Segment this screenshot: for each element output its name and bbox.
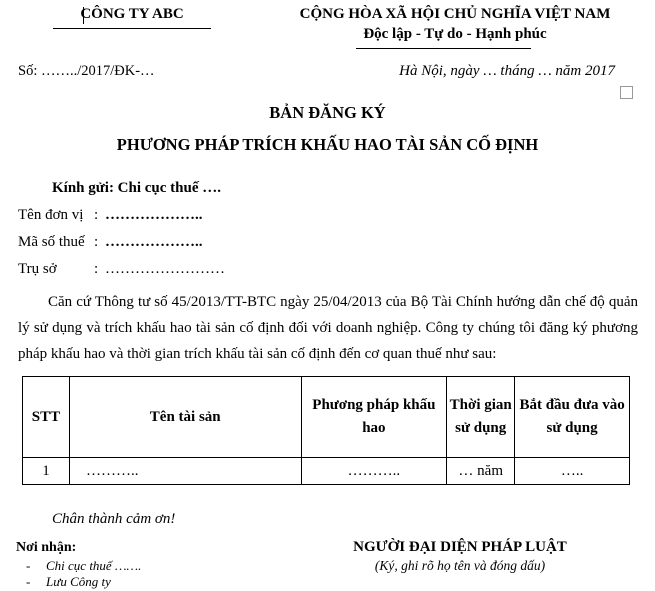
field-label-unit-name: Tên đơn vị: [18, 207, 83, 224]
date-place: Hà Nội, ngày … tháng … năm 2017: [300, 63, 615, 80]
text-cursor: [83, 7, 84, 24]
list-dash: -: [26, 574, 46, 590]
table-row: 1 ……….. ……….. … năm …..: [23, 458, 630, 485]
company-underline: [53, 28, 211, 29]
motto-underline: [356, 48, 531, 49]
field-label-tax-code: Mã số thuế: [18, 234, 85, 251]
recipient-item-text: Lưu Công ty: [46, 574, 111, 589]
closing-text: Chân thành cảm ơn!: [52, 511, 175, 528]
field-colon: :: [94, 234, 98, 251]
header-start-date: Bắt đầu đưa vào sử dụng: [515, 377, 630, 458]
field-value-unit-name[interactable]: ………………..: [105, 207, 203, 224]
recipients-label: Nơi nhận:: [16, 540, 76, 556]
cell-stt[interactable]: 1: [23, 458, 70, 485]
header-stt: STT: [23, 377, 70, 458]
table-header-row: STT Tên tài sản Phương pháp khấu hao Thờ…: [23, 377, 630, 458]
header-usage-time: Thời gian sử dụng: [447, 377, 515, 458]
field-label-address: Trụ sở: [18, 261, 57, 278]
document-number: Số: ……../2017/ĐK-…: [18, 63, 155, 80]
recipient-line: Kính gửi: Chi cục thuế ….: [52, 180, 221, 197]
asset-table: STT Tên tài sản Phương pháp khấu hao Thờ…: [22, 376, 630, 485]
field-colon: :: [94, 261, 98, 278]
list-dash: -: [26, 558, 46, 574]
cell-start-date[interactable]: …..: [515, 458, 630, 485]
field-value-address[interactable]: ……………………: [105, 261, 225, 278]
body-paragraph-text: Căn cứ Thông tư số 45/2013/TT-BTC ngày 2…: [18, 294, 638, 362]
header-asset-name: Tên tài sản: [69, 377, 301, 458]
header-depreciation-method: Phương pháp khấu hao: [301, 377, 447, 458]
cell-depreciation-method[interactable]: ………..: [301, 458, 447, 485]
national-motto: Độc lập - Tự do - Hạnh phúc: [270, 26, 640, 43]
cell-usage-time[interactable]: … năm: [447, 458, 515, 485]
cell-asset-name[interactable]: ………..: [69, 458, 301, 485]
document-subtitle: PHƯƠNG PHÁP TRÍCH KHẤU HAO TÀI SẢN CỐ ĐỊ…: [0, 135, 655, 155]
signature-title: NGƯỜI ĐẠI DIỆN PHÁP LUẬT: [300, 539, 620, 556]
body-paragraph: Căn cứ Thông tư số 45/2013/TT-BTC ngày 2…: [18, 289, 638, 367]
layout-options-checkbox[interactable]: [620, 86, 633, 99]
field-colon: :: [94, 207, 98, 224]
company-name: CÔNG TY ABC: [52, 6, 212, 23]
signature-note: (Ký, ghi rõ họ tên và đóng dấu): [300, 558, 620, 574]
nation-title: CỘNG HÒA XÃ HỘI CHỦ NGHĨA VIỆT NAM: [270, 6, 640, 23]
recipient-item: -Lưu Công ty: [26, 574, 111, 590]
field-value-tax-code[interactable]: ………………..: [105, 234, 203, 251]
recipient-item: -Chi cục thuế …….: [26, 558, 141, 574]
document-title: BẢN ĐĂNG KÝ: [0, 103, 655, 123]
recipient-item-text: Chi cục thuế …….: [46, 558, 141, 573]
